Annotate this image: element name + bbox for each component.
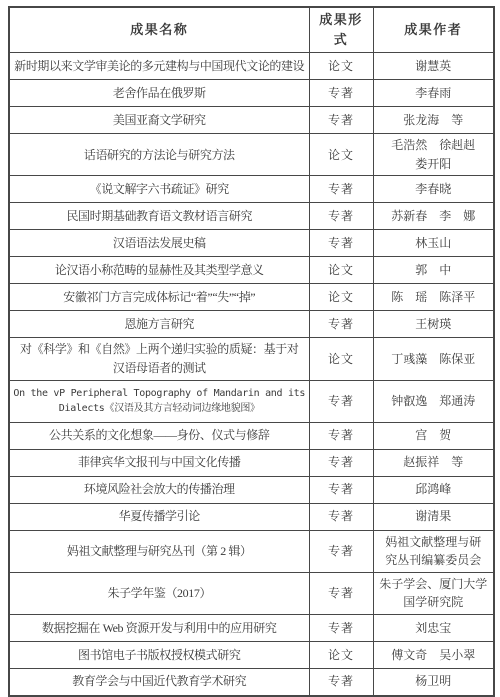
- result-author: 傅文奇 吴小翠: [373, 642, 494, 669]
- result-author: 刘忠宝: [373, 615, 494, 642]
- table-row: 图书馆电子书版权授权模式研究 论文 傅文奇 吴小翠: [9, 642, 494, 669]
- table-row: 汉语语法发展史稿 专著 林玉山: [9, 230, 494, 257]
- result-title: 话语研究的方法论与研究方法: [9, 134, 309, 176]
- table-row: 公共关系的文化想象——身份、仪式与修辞 专著 宫 贺: [9, 422, 494, 449]
- result-author: 邱鸿峰: [373, 476, 494, 503]
- table-row: 老舍作品在俄罗斯 专著 李春雨: [9, 80, 494, 107]
- result-form: 论文: [309, 134, 373, 176]
- result-author: 王树瑛: [373, 311, 494, 338]
- result-author: 丁彧藻 陈保亚: [373, 338, 494, 380]
- result-author: 李春晓: [373, 176, 494, 203]
- result-form: 专著: [309, 530, 373, 572]
- col-header-name: 成果名称: [9, 7, 309, 53]
- result-title: On the vP Peripheral Topography of Manda…: [9, 380, 309, 422]
- result-author: 李春雨: [373, 80, 494, 107]
- result-title: 公共关系的文化想象——身份、仪式与修辞: [9, 422, 309, 449]
- col-header-author: 成果作者: [373, 7, 494, 53]
- table-header-row: 成果名称 成果形式 成果作者: [9, 7, 494, 53]
- result-title: 数据挖掘在 Web 资源开发与利用中的应用研究: [9, 615, 309, 642]
- result-form: 论文: [309, 338, 373, 380]
- result-form: 专著: [309, 176, 373, 203]
- result-author: 宫 贺: [373, 422, 494, 449]
- result-form: 专著: [309, 615, 373, 642]
- result-author: 谢清果: [373, 503, 494, 530]
- result-title: 民国时期基础教育语文教材语言研究: [9, 203, 309, 230]
- result-form: 专著: [309, 107, 373, 134]
- result-title: 论汉语小称范畴的显赫性及其类型学意义: [9, 257, 309, 284]
- result-form: 专著: [309, 203, 373, 230]
- result-form: 论文: [309, 642, 373, 669]
- result-form: 论文: [309, 53, 373, 80]
- table-row: 教育学会与中国近代教育学术研究 专著 杨卫明: [9, 669, 494, 696]
- result-form: 专著: [309, 669, 373, 696]
- result-title: 对《科学》和《自然》上两个递归实验的质疑：基于对 汉语母语者的测试: [9, 338, 309, 380]
- result-author: 杨卫明: [373, 669, 494, 696]
- result-title: 新时期以来文学审美论的多元建构与中国现代文论的建设: [9, 53, 309, 80]
- result-author: 朱子学会、厦门大学 国学研究院: [373, 572, 494, 614]
- result-author: 陈 瑶 陈泽平: [373, 284, 494, 311]
- table-row: 菲律宾华文报刊与中国文化传播 专著 赵振祥 等: [9, 449, 494, 476]
- table-row: 论汉语小称范畴的显赫性及其类型学意义 论文 郭 中: [9, 257, 494, 284]
- table-row: 妈祖文献整理与研究丛刊（第 2 辑） 专著 妈祖文献整理与研 究丛刊编纂委员会: [9, 530, 494, 572]
- table-row: 民国时期基础教育语文教材语言研究 专著 苏新春 李 娜: [9, 203, 494, 230]
- table-row: 新时期以来文学审美论的多元建构与中国现代文论的建设 论文 谢慧英: [9, 53, 494, 80]
- result-title: 汉语语法发展史稿: [9, 230, 309, 257]
- result-title: 《说文解字六书疏证》研究: [9, 176, 309, 203]
- table-row: 对《科学》和《自然》上两个递归实验的质疑：基于对 汉语母语者的测试 论文 丁彧藻…: [9, 338, 494, 380]
- result-title: 老舍作品在俄罗斯: [9, 80, 309, 107]
- result-title: 华夏传播学引论: [9, 503, 309, 530]
- result-title: 美国亚裔文学研究: [9, 107, 309, 134]
- result-title: 教育学会与中国近代教育学术研究: [9, 669, 309, 696]
- result-form: 论文: [309, 257, 373, 284]
- result-title: 朱子学年鉴（2017）: [9, 572, 309, 614]
- result-author: 赵振祥 等: [373, 449, 494, 476]
- table-row: 恩施方言研究 专著 王树瑛: [9, 311, 494, 338]
- table-row: 美国亚裔文学研究 专著 张龙海 等: [9, 107, 494, 134]
- table-row: 话语研究的方法论与研究方法 论文 毛浩然 徐赳赳 娄开阳: [9, 134, 494, 176]
- result-form: 专著: [309, 230, 373, 257]
- result-author: 钟叡逸 郑通涛: [373, 380, 494, 422]
- table-row: 《说文解字六书疏证》研究 专著 李春晓: [9, 176, 494, 203]
- result-form: 专著: [309, 311, 373, 338]
- result-form: 专著: [309, 380, 373, 422]
- result-author: 妈祖文献整理与研 究丛刊编纂委员会: [373, 530, 494, 572]
- result-form: 论文: [309, 284, 373, 311]
- table-row: On the vP Peripheral Topography of Manda…: [9, 380, 494, 422]
- table-row: 华夏传播学引论 专著 谢清果: [9, 503, 494, 530]
- result-author: 张龙海 等: [373, 107, 494, 134]
- result-title: 图书馆电子书版权授权模式研究: [9, 642, 309, 669]
- table-row: 安徽祁门方言完成体标记“着”“失”“掉” 论文 陈 瑶 陈泽平: [9, 284, 494, 311]
- result-form: 专著: [309, 80, 373, 107]
- result-author: 谢慧英: [373, 53, 494, 80]
- result-form: 专著: [309, 476, 373, 503]
- result-title: 恩施方言研究: [9, 311, 309, 338]
- result-form: 专著: [309, 572, 373, 614]
- result-title: 环境风险社会放大的传播治理: [9, 476, 309, 503]
- result-author: 林玉山: [373, 230, 494, 257]
- table-row: 数据挖掘在 Web 资源开发与利用中的应用研究 专著 刘忠宝: [9, 615, 494, 642]
- table-row: 环境风险社会放大的传播治理 专著 邱鸿峰: [9, 476, 494, 503]
- col-header-form: 成果形式: [309, 7, 373, 53]
- result-form: 专著: [309, 503, 373, 530]
- results-table: 成果名称 成果形式 成果作者 新时期以来文学审美论的多元建构与中国现代文论的建设…: [8, 6, 495, 697]
- result-author: 毛浩然 徐赳赳 娄开阳: [373, 134, 494, 176]
- result-form: 专著: [309, 422, 373, 449]
- result-author: 苏新春 李 娜: [373, 203, 494, 230]
- result-author: 郭 中: [373, 257, 494, 284]
- result-title: 妈祖文献整理与研究丛刊（第 2 辑）: [9, 530, 309, 572]
- result-title: 菲律宾华文报刊与中国文化传播: [9, 449, 309, 476]
- result-form: 专著: [309, 449, 373, 476]
- result-title: 安徽祁门方言完成体标记“着”“失”“掉”: [9, 284, 309, 311]
- table-row: 朱子学年鉴（2017） 专著 朱子学会、厦门大学 国学研究院: [9, 572, 494, 614]
